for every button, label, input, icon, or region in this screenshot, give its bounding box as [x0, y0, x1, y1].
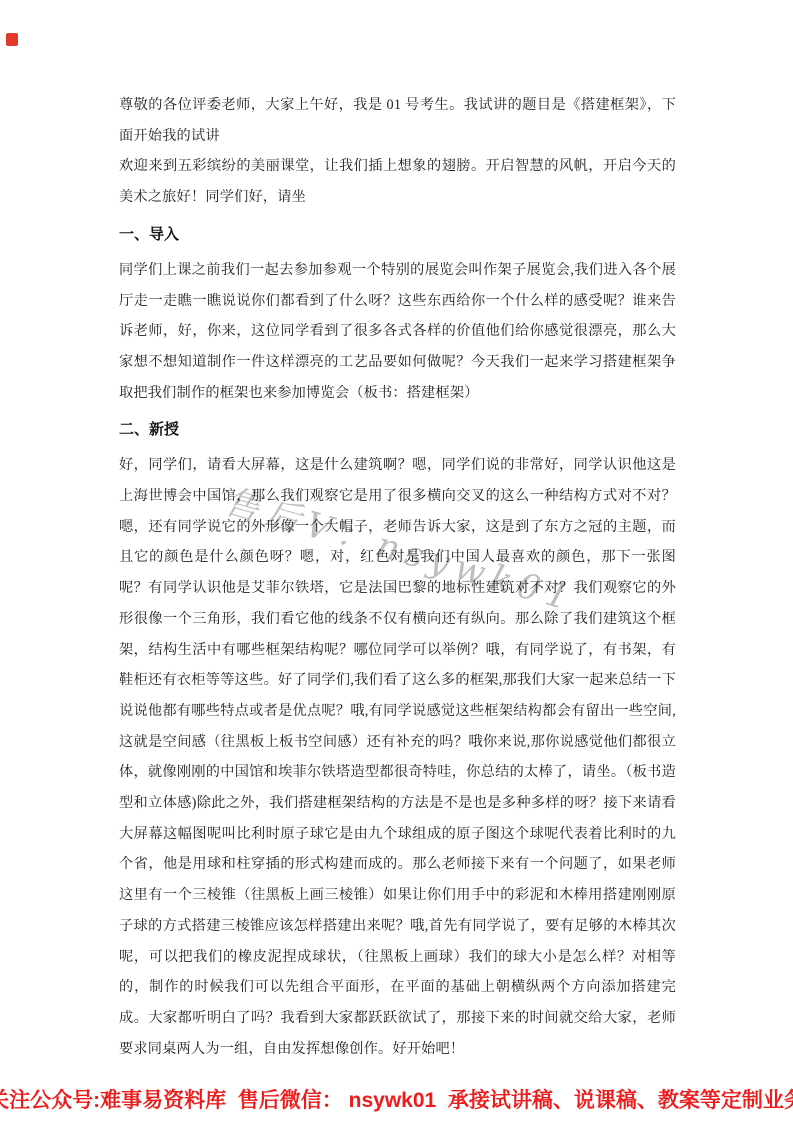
opening-paragraph-1: 尊敬的各位评委老师，大家上午好，我是 01 号考生。我试讲的题目是《搭建框架》，…: [119, 90, 676, 151]
opening-paragraph-2: 欢迎来到五彩缤纷的美丽课堂，让我们插上想象的翅膀。开启智慧的风帆，开启今天的美术…: [119, 151, 676, 212]
footer-promo-text: 关注公众号:难事易资料库 售后微信： nsywk01 承接试讲稿、说课稿、教案等…: [0, 1084, 793, 1114]
section-paragraph-lead-in: 同学们上课之前我们一起去参加参观一个特别的展览会叫作架子展览会,我们进入各个展厅…: [119, 255, 676, 409]
document-body: 尊敬的各位评委老师，大家上午好，我是 01 号考生。我试讲的题目是《搭建框架》，…: [119, 90, 676, 1064]
footer-banner: 关注公众号:难事易资料库 售后微信： nsywk01 承接试讲稿、说课稿、教案等…: [0, 1082, 793, 1116]
red-corner-marker: [6, 33, 18, 46]
section-paragraph-new-lesson: 好，同学们，请看大屏幕，这是什么建筑啊？嗯，同学们说的非常好，同学认识他这是上海…: [119, 450, 676, 1064]
section-heading-lead-in: 一、导入: [119, 222, 676, 248]
document-page: { "doc": { "opening": [ "尊敬的各位评委老师，大家上午好…: [0, 0, 793, 1122]
section-heading-new-lesson: 二、新授: [119, 417, 676, 443]
